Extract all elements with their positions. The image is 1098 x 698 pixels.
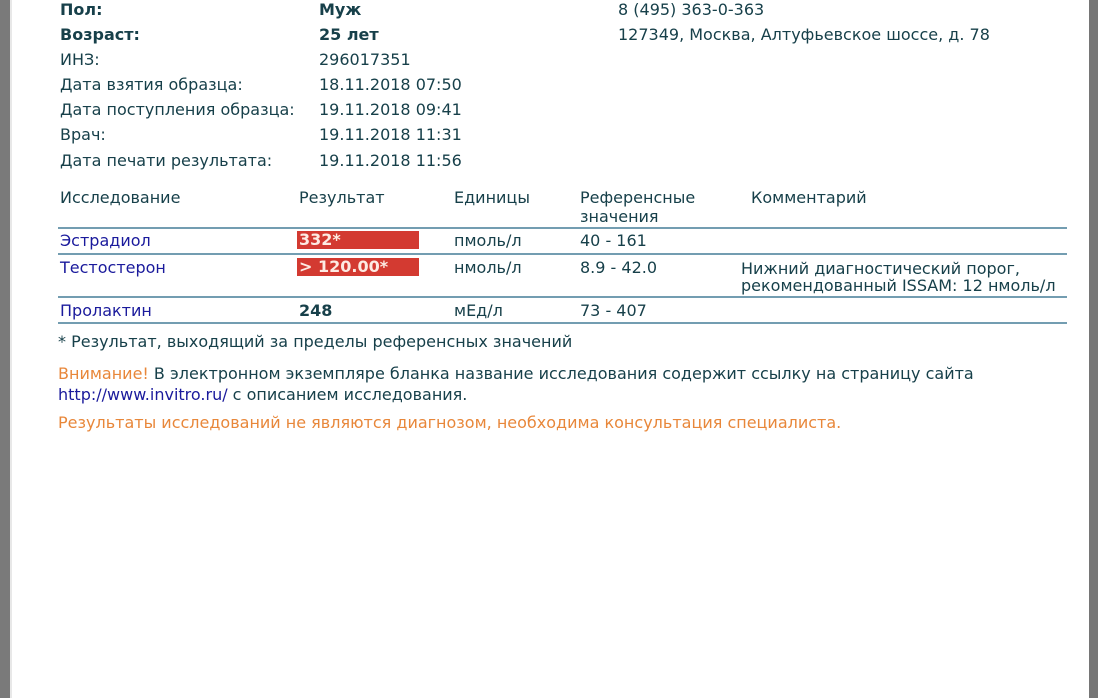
comment-cell: Нижний диагностический порог, рекомендов… [741, 260, 1056, 294]
reference-cell: 8.9 - 42.0 [580, 257, 657, 279]
sample-date-value: 18.11.2018 07:50 [319, 72, 462, 97]
received-date-label: Дата поступления образца: [60, 97, 295, 122]
test-link-testosterone[interactable]: Тестостерон [60, 257, 166, 279]
result-document: Пол: Муж Возраст: 25 лет ИНЗ: 296017351 … [10, 0, 1089, 698]
sex-label: Пол: [60, 0, 103, 22]
attention-text: В электронном экземпляре бланка название… [149, 364, 974, 383]
order-id-label: ИНЗ: [60, 47, 100, 72]
print-date-label: Дата печати результата: [60, 148, 272, 173]
units-cell: пмоль/л [454, 230, 522, 252]
attention-note: Внимание! В электронном экземпляре бланк… [58, 363, 974, 405]
sample-date-label: Дата взятия образца: [60, 72, 243, 97]
result-flag-out-of-range: > 120.00* [297, 258, 419, 276]
table-rule [58, 322, 1067, 324]
table-rule [58, 227, 1067, 229]
attention-text-2: с описанием исследования. [228, 385, 468, 404]
window-edge [1089, 0, 1098, 698]
header-result: Результат [299, 188, 385, 207]
table-rule [58, 253, 1067, 255]
header-comment: Комментарий [751, 188, 867, 207]
table-rule [58, 296, 1067, 298]
site-link[interactable]: http://www.invitro.ru/ [58, 385, 228, 404]
disclaimer: Результаты исследований не являются диаг… [58, 412, 841, 433]
result-flag-out-of-range: 332* [297, 231, 419, 249]
age-label: Возраст: [60, 22, 140, 47]
received-date-value: 19.11.2018 09:41 [319, 97, 462, 122]
reference-cell: 40 - 161 [580, 230, 647, 252]
test-link-estradiol[interactable]: Эстрадиол [60, 230, 151, 252]
sex-value: Муж [319, 0, 361, 22]
units-cell: нмоль/л [454, 257, 522, 279]
lab-phone: 8 (495) 363-0-363 [618, 0, 764, 22]
test-link-prolactin[interactable]: Пролактин [60, 300, 152, 322]
doctor-label: Врач: [60, 122, 106, 147]
age-value: 25 лет [319, 22, 379, 47]
header-units: Единицы [454, 188, 530, 207]
lab-address: 127349, Москва, Алтуфьевское шоссе, д. 7… [618, 22, 990, 47]
doctor-value: 19.11.2018 11:31 [319, 122, 462, 147]
result-value: 248 [299, 300, 332, 322]
units-cell: мЕд/л [454, 300, 503, 322]
print-date-value: 19.11.2018 11:56 [319, 148, 462, 173]
attention-label: Внимание! [58, 364, 149, 383]
header-reference: Референсные значения [580, 188, 695, 226]
order-id-value: 296017351 [319, 47, 411, 72]
header-test: Исследование [60, 188, 180, 207]
footnote: * Результат, выходящий за пределы рефере… [58, 331, 572, 352]
reference-cell: 73 - 407 [580, 300, 647, 322]
